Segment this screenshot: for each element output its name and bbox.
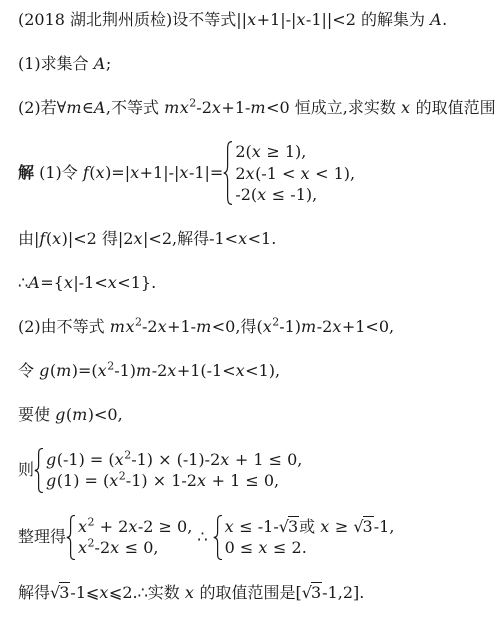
math-variable: x xyxy=(220,450,230,469)
math-variable: x xyxy=(98,361,108,380)
sub-question-2: (2)若∀m∈A,不等式 mx2-2x+1-m<0 恒成立,求实数 x 的取值范… xyxy=(18,97,489,119)
sqrt-radical: √3 xyxy=(279,517,299,536)
sqrt-radical: √3 xyxy=(302,583,322,602)
case-row: 0 ≤ x ≤ 2. xyxy=(225,537,395,559)
math-variable: x xyxy=(401,98,411,117)
superscript: 2 xyxy=(189,97,196,110)
math-variable: x xyxy=(185,583,195,602)
math-variable: x xyxy=(300,164,310,183)
math-variable: f xyxy=(83,163,89,182)
math-variable: x xyxy=(110,538,120,557)
superscript: 2 xyxy=(88,515,95,528)
left-brace-icon xyxy=(66,515,76,560)
cases-block: x2 + 2x-2 ≥ 0,x2-2x ≤ 0, xyxy=(66,515,192,560)
math-text: 要使 g(m)<0, xyxy=(18,405,123,424)
left-brace-icon xyxy=(223,141,233,205)
superscript: 2 xyxy=(88,537,95,550)
left-brace-icon xyxy=(34,448,44,493)
math-variable: m xyxy=(56,361,72,380)
case-row: g(-1) = (x2-1) × (-1)-2x + 1 ≤ 0, xyxy=(46,449,302,471)
cases-block: x ≤ -1-√3或 x ≥ √3-1,0 ≤ x ≤ 2. xyxy=(213,515,395,560)
cases-block: 2(x ≥ 1),2x(-1 < x < 1),-2(x ≤ -1), xyxy=(223,141,355,206)
math-variable: x xyxy=(125,317,135,336)
cases-rows: 2(x ≥ 1),2x(-1 < x < 1),-2(x ≤ -1), xyxy=(235,141,355,206)
define-g-function: 令 g(m)=(x2-1)m-2x+1(-1<x<1), xyxy=(18,360,489,382)
math-variable: x xyxy=(246,164,256,183)
sqrt-radical: √3 xyxy=(50,583,70,602)
math-text: ∴ xyxy=(192,526,212,548)
math-text: 令 g(m)=(x2-1)m-2x+1(-1<x<1), xyxy=(18,361,280,380)
math-variable: x xyxy=(257,185,267,204)
math-text: 则 xyxy=(18,459,34,481)
case-row: 2x(-1 < x < 1), xyxy=(235,163,355,185)
math-variable: x xyxy=(109,471,119,490)
radicand: 3 xyxy=(363,516,374,536)
math-variable: x xyxy=(263,317,273,336)
math-variable: x xyxy=(78,538,88,557)
simplified-system: 整理得x2 + 2x-2 ≥ 0,x2-2x ≤ 0, ∴ x ≤ -1-√3或… xyxy=(18,515,489,560)
math-variable: x xyxy=(108,273,118,292)
endpoint-system: 则g(-1) = (x2-1) × (-1)-2x + 1 ≤ 0,g(1) =… xyxy=(18,448,489,493)
math-variable: m xyxy=(196,317,212,336)
math-text: (1)令 f(x)=|x+1|-|x-1|= xyxy=(34,162,223,184)
math-variable: g xyxy=(39,361,50,380)
math-text: (1)求集合 A; xyxy=(18,54,111,73)
part2-transform-inequality: (2)由不等式 mx2-2x+1-m<0,得(x2-1)m-2x+1<0, xyxy=(18,316,489,338)
math-variable: m xyxy=(136,361,152,380)
math-variable: x xyxy=(128,517,138,536)
superscript: 2 xyxy=(119,470,126,483)
case-row: x2 + 2x-2 ≥ 0, xyxy=(78,516,192,538)
math-variable: x xyxy=(130,163,140,182)
math-variable: x xyxy=(64,273,74,292)
math-variable: m xyxy=(72,405,88,424)
cases-rows: x ≤ -1-√3或 x ≥ √3-1,0 ≤ x ≤ 2. xyxy=(225,516,395,559)
case-row: -2(x ≤ -1), xyxy=(235,184,355,206)
math-document: (2018 湖北荆州质检)设不等式||x+1|-|x-1||<2 的解集为 A.… xyxy=(18,9,489,604)
radicand: 3 xyxy=(288,516,299,536)
radicand: 3 xyxy=(311,582,322,602)
math-variable: A xyxy=(430,10,442,29)
math-variable: x xyxy=(52,229,62,248)
math-variable: x xyxy=(158,317,168,336)
sqrt-radical: √3 xyxy=(353,517,373,536)
math-text: 整理得 xyxy=(18,526,66,548)
math-variable: g xyxy=(46,471,57,490)
math-variable: x xyxy=(236,361,246,380)
require-g-negative: 要使 g(m)<0, xyxy=(18,404,489,426)
superscript: 2 xyxy=(135,315,142,328)
math-text: 由|f(x)|<2 得|2x|<2,解得-1<x<1. xyxy=(18,229,276,248)
solve-abs-inequality: 由|f(x)|<2 得|2x|<2,解得-1<x<1. xyxy=(18,228,489,250)
math-variable: x xyxy=(225,517,235,536)
case-row: g(1) = (x2-1) × 1-2x + 1 ≤ 0, xyxy=(46,470,302,492)
math-variable: x xyxy=(99,583,109,602)
math-variable: x xyxy=(247,10,257,29)
solution-label: 解 xyxy=(18,162,34,184)
math-variable: m xyxy=(250,98,266,117)
radicand: 3 xyxy=(59,582,70,602)
superscript: 2 xyxy=(107,359,114,372)
sub-question-1: (1)求集合 A; xyxy=(18,53,489,75)
math-variable: x xyxy=(167,361,177,380)
math-variable: x xyxy=(212,98,222,117)
case-row: x2-2x ≤ 0, xyxy=(78,537,192,559)
math-text: ∴A={x|-1<x<1}. xyxy=(18,273,156,292)
math-text: (2)若∀m∈A,不等式 mx2-2x+1-m<0 恒成立,求实数 x 的取值范… xyxy=(18,98,497,117)
math-variable: m xyxy=(66,98,82,117)
math-variable: A xyxy=(28,273,40,292)
math-variable: x xyxy=(238,229,248,248)
math-text: (2018 湖北荆州质检)设不等式||x+1|-|x-1||<2 的解集为 A. xyxy=(18,10,447,29)
math-variable: x xyxy=(115,450,125,469)
final-answer: 解得√3-1⩽x⩽2.∴实数 x 的取值范围是[√3-1,2]. xyxy=(18,582,489,604)
math-variable: m xyxy=(164,98,180,117)
case-row: x ≤ -1-√3或 x ≥ √3-1, xyxy=(225,516,395,538)
math-text: 解得√3-1⩽x⩽2.∴实数 x 的取值范围是[√3-1,2]. xyxy=(18,583,364,602)
math-variable: x xyxy=(296,10,306,29)
math-variable: x xyxy=(332,317,342,336)
math-variable: A xyxy=(94,98,106,117)
set-a-result: ∴A={x|-1<x<1}. xyxy=(18,272,489,294)
math-variable: x xyxy=(96,163,106,182)
superscript: 2 xyxy=(124,448,131,461)
cases-rows: g(-1) = (x2-1) × (-1)-2x + 1 ≤ 0,g(1) = … xyxy=(46,449,302,492)
math-variable: f xyxy=(39,229,45,248)
math-variable: x xyxy=(252,142,262,161)
math-variable: x xyxy=(179,163,189,182)
math-variable: x xyxy=(258,538,268,557)
math-variable: g xyxy=(46,450,57,469)
math-variable: A xyxy=(94,54,106,73)
math-variable: x xyxy=(78,517,88,536)
math-variable: m xyxy=(110,317,126,336)
math-variable: m xyxy=(301,317,317,336)
math-variable: x xyxy=(180,98,190,117)
solution-piecewise-definition: 解 (1)令 f(x)=|x+1|-|x-1|=2(x ≥ 1),2x(-1 <… xyxy=(18,141,489,206)
math-variable: x xyxy=(134,229,144,248)
superscript: 2 xyxy=(272,315,279,328)
cases-block: g(-1) = (x2-1) × (-1)-2x + 1 ≤ 0,g(1) = … xyxy=(34,448,302,493)
math-variable: x xyxy=(320,517,330,536)
cases-rows: x2 + 2x-2 ≥ 0,x2-2x ≤ 0, xyxy=(78,516,192,559)
math-variable: g xyxy=(55,405,66,424)
math-variable: x xyxy=(197,471,207,490)
left-brace-icon xyxy=(213,515,223,560)
case-row: 2(x ≥ 1), xyxy=(235,141,355,163)
math-text: (2)由不等式 mx2-2x+1-m<0,得(x2-1)m-2x+1<0, xyxy=(18,317,394,336)
problem-statement: (2018 湖北荆州质检)设不等式||x+1|-|x-1||<2 的解集为 A. xyxy=(18,9,489,31)
